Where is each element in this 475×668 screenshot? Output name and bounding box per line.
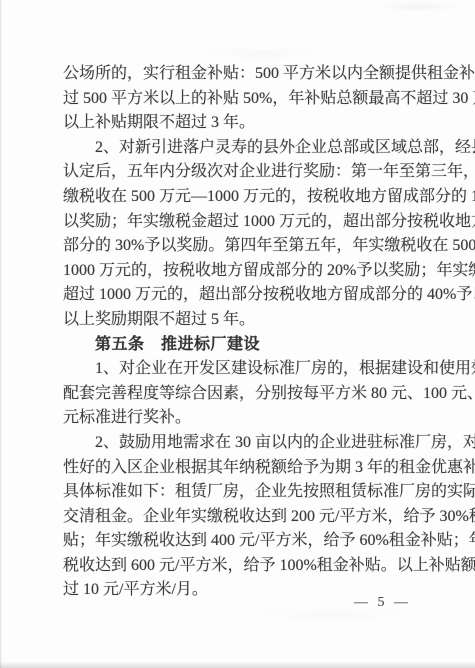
document-line: 以奖励；年实缴税金超过 1000 万元的，超出部分按税收地方留成 — [63, 210, 419, 235]
document-line: 超过 1000 万元的，超出部分按税收地方留成部分的 40%予以奖励。 — [63, 283, 419, 308]
scan-left-edge — [0, 0, 2, 668]
document-body: 公场所的，实行租金补贴：500 平方米以内全额提供租金补贴；超 过 500 平方… — [63, 62, 419, 603]
document-line: 2、鼓励用地需求在 30 亩以内的企业进驻标准厂房，对成长 — [63, 431, 419, 456]
document-line: 公场所的，实行租金补贴：500 平方米以内全额提供租金补贴；超 — [63, 62, 419, 87]
document-line: 部分的 30%予以奖励。第四年至第五年，年实缴税收在 500 万元— — [63, 234, 419, 259]
document-line: 过 500 平方米以上的补贴 50%，年补贴总额最高不超过 30 万元。 — [63, 87, 419, 112]
page-number: — 5 — — [354, 595, 411, 611]
scan-bottom-edge — [0, 662, 475, 668]
document-line: 以上补贴期限不超过 3 年。 — [63, 111, 419, 136]
document-line: 2、对新引进落户灵寿的县外企业总部或区域总部，经县政府 — [63, 136, 419, 161]
document-line: 1、对企业在开发区建设标准厂房的，根据建设和使用效益、 — [63, 357, 419, 382]
document-line: 贴；年实缴税收达到 400 元/平方米，给予 60%租金补贴；年实缴 — [63, 529, 419, 554]
document-line: 税收达到 600 元/平方米，给予 100%租金补贴。以上补贴额度不超 — [63, 554, 419, 579]
document-line: 以上奖励期限不超过 5 年。 — [63, 308, 419, 333]
document-line: 元标准进行奖补。 — [63, 406, 419, 431]
document-line: 性好的入区企业根据其年纳税额给予为期 3 年的租金优惠补贴， — [63, 456, 419, 481]
document-line: 具体标准如下：租赁厂房，企业先按照租赁标准厂房的实际价格 — [63, 480, 419, 505]
document-line: 交清租金。企业年实缴税收达到 200 元/平方米，给予 30%租金补 — [63, 505, 419, 530]
document-line: 1000 万元的，按税收地方留成部分的 20%予以奖励；年实缴税金 — [63, 259, 419, 284]
scanned-document-page: 公场所的，实行租金补贴：500 平方米以内全额提供租金补贴；超 过 500 平方… — [0, 0, 475, 668]
document-line: 配套完善程度等综合因素，分别按每平方米 80 元、100 元、120 — [63, 382, 419, 407]
section-heading: 第五条 推进标厂建设 — [63, 333, 419, 358]
document-line: 认定后，五年内分级次对企业进行奖励：第一年至第三年，年实 — [63, 160, 419, 185]
document-line: 缴税收在 500 万元—1000 万元的，按税收地方留成部分的 10%予 — [63, 185, 419, 210]
